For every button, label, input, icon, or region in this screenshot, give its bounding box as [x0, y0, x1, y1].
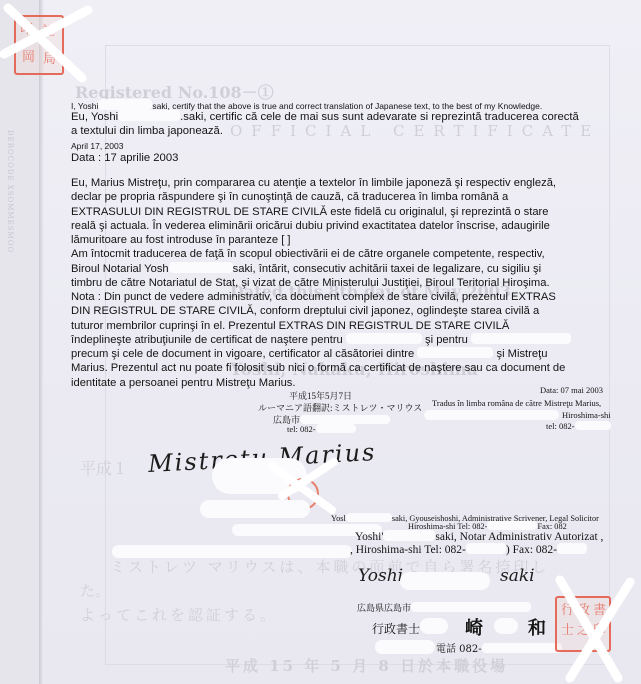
- redacted-phone: [316, 424, 356, 433]
- solicitor-name-prefix: Yosl: [331, 514, 346, 523]
- redacted-name: [98, 99, 152, 110]
- note-text: şi Mistreţu: [496, 348, 547, 360]
- tel-text: , Hiroshima-shi Tel: 082-: [350, 544, 466, 556]
- adjacent-page-edge: DEROCODE XSOMMESMOO: [0, 0, 40, 684]
- note-line: Nota : Din punct de vedere administrativ…: [71, 290, 631, 304]
- seal-glyph: 行: [561, 604, 574, 617]
- redacted-name: [494, 618, 518, 634]
- certification-romanian-line-1: Eu, Yoshi.saki, certific că cele de mai …: [71, 110, 579, 125]
- seal-glyph: 政: [577, 604, 590, 617]
- solicitor-tel-jp: 電話 082-: [436, 640, 562, 655]
- tel-text: tel: 082-: [287, 424, 316, 434]
- declaration-line: Biroul Notarial Yoshsaki, întărit, conse…: [71, 262, 631, 276]
- declaration-line: Eu, Marius Mistreţu, prin compararea cu …: [71, 176, 631, 190]
- solicitor-title-romanian: saki, Notar Administrativ Autorizat ,: [435, 531, 603, 543]
- declaration-line: EXTRASULUI DIN REGISTRUL DE STARE CIVILĂ…: [71, 205, 631, 219]
- solicitor-romanian: Yoshi'saki, Notar Administrativ Autoriza…: [355, 530, 603, 543]
- note-line: tuturor membrilor cuprinşi în el. Prezen…: [71, 319, 631, 333]
- declaration-line: Am întocmit traducerea de faţă în scopul…: [71, 247, 631, 261]
- redacted-phone: [466, 543, 506, 554]
- note-line: îndeplineşte atribuţiunile de certificat…: [71, 333, 631, 347]
- solicitor-name-jp-part: 和: [528, 614, 546, 640]
- redacted-name: [169, 262, 233, 273]
- seal-glyph: 印: [593, 624, 606, 637]
- seal-stamp-icon: 印 証 岡 局: [14, 15, 64, 75]
- translator-date-ro: Data: 07 mai 2003: [540, 385, 603, 395]
- certification-romanian-text: .saki, certific că cele de mai sus sunt …: [180, 111, 579, 123]
- seal-glyph: 印: [20, 23, 33, 36]
- redacted-name: [420, 618, 448, 634]
- redacted-mark: [200, 500, 310, 518]
- declaration-paragraph: Eu, Marius Mistreţu, prin compararea cu …: [71, 176, 631, 290]
- solicitor-signature-prefix: Yoshi: [358, 566, 403, 586]
- redacted-name: [118, 110, 180, 121]
- redacted-address: [411, 602, 531, 612]
- declaration-line: reală şi actuala. În vederea eliminării …: [71, 219, 631, 233]
- redacted-name: [471, 333, 571, 344]
- redacted-phone: [487, 521, 537, 530]
- notary-name-prefix: Biroul Notarial Yosh: [71, 263, 169, 275]
- background-jp-line-3: よってこれを認証する。: [80, 604, 278, 625]
- certification-romanian-line-2: a textului din limba japonează.: [71, 124, 223, 139]
- note-paragraph: Nota : Din punct de vedere administrativ…: [71, 290, 631, 390]
- page-fold-shadow: [40, 0, 44, 684]
- redacted-name: [346, 333, 422, 344]
- solicitor-contact-romanian: , Hiroshima-shi Tel: 082-) Fax: 082-: [350, 543, 587, 556]
- solicitor-title-jp: 行政書士: [372, 620, 420, 637]
- translator-tel-ro: tel: 082-: [546, 421, 611, 431]
- address-text: 広島県広島市: [357, 604, 411, 614]
- faint-margin-text: DEROCODE XSOMMESMOO: [4, 130, 14, 330]
- note-line: DIN REGISTRUL DE STARE CIVILĂ, conform d…: [71, 304, 631, 318]
- seal-glyph: 証: [42, 25, 55, 38]
- note-line: precum şi cele de document in vigoare, c…: [71, 347, 631, 361]
- date-english: April 17, 2003: [71, 141, 123, 151]
- solicitor-signature-suffix: saki: [500, 566, 535, 586]
- redacted-name: [383, 530, 435, 541]
- redacted-signature-part: [400, 572, 490, 590]
- redacted-phone: [575, 421, 611, 430]
- seal-glyph: 士: [561, 624, 574, 637]
- tel-text: 電話 082-: [436, 644, 482, 655]
- background-jp-line-2: た。: [80, 580, 110, 601]
- seal-glyph: 書: [593, 604, 606, 617]
- translator-tel-jp: tel: 082-: [287, 424, 356, 434]
- redacted-mark: [375, 640, 435, 654]
- redacted-fax: [557, 543, 587, 554]
- scanned-document-page: DEROCODE XSOMMESMOO Registered No.108－① …: [0, 0, 641, 684]
- notary-name-suffix: saki, întărit, consecutiv achitării taxe…: [233, 263, 541, 275]
- fax-text: ) Fax: 082-: [506, 544, 557, 556]
- solicitor-name-prefix: Yoshi': [355, 531, 383, 543]
- declaration-line: timbru de către Notariatul de Stat, şi v…: [71, 276, 631, 290]
- tel-text: tel: 082-: [546, 421, 575, 431]
- seal-stamp-icon: 行 政 書 士 之 印: [555, 596, 611, 652]
- date-romanian: Data : 17 aprilie 2003: [71, 151, 178, 166]
- redacted-name: [417, 347, 493, 358]
- seal-glyph: 之: [577, 624, 590, 637]
- solicitor-address-jp: 広島県広島市: [357, 601, 531, 614]
- note-text: şi pentru: [425, 334, 468, 346]
- declaration-line: lămuritoare au fost introduse în parante…: [71, 233, 631, 247]
- declaration-line: declar pe propria răspundere şi în cunoş…: [71, 190, 631, 204]
- redacted-name: [346, 513, 392, 522]
- background-jp-date: 平成 15 年 5 月 8 日於本職役場: [225, 655, 508, 676]
- note-line: Marius. Prezentul act nu poate fi folosi…: [71, 361, 631, 375]
- redacted-address: [300, 415, 390, 424]
- certifier-name-prefix: Eu, Yoshi: [71, 111, 118, 123]
- redacted-address: [112, 545, 352, 558]
- seal-glyph: 岡: [22, 51, 35, 64]
- translator-role-ro: Tradus în limba româna de către Mistreţu…: [432, 398, 601, 408]
- redacted-address: [424, 410, 559, 420]
- solicitor-name-jp-part: 崎: [465, 614, 483, 640]
- background-heisei-text: 平成１: [80, 456, 128, 479]
- seal-glyph: 局: [43, 53, 56, 66]
- note-text: precum şi cele de document in vigoare, c…: [71, 348, 414, 360]
- redacted-phone: [482, 643, 562, 653]
- translator-city-ro: Hiroshima-shi: [562, 410, 611, 420]
- background-certificate-title: OFFICIAL CERTIFICATE: [230, 122, 600, 140]
- note-text: îndeplineşte atribuţiunile de certificat…: [71, 334, 343, 346]
